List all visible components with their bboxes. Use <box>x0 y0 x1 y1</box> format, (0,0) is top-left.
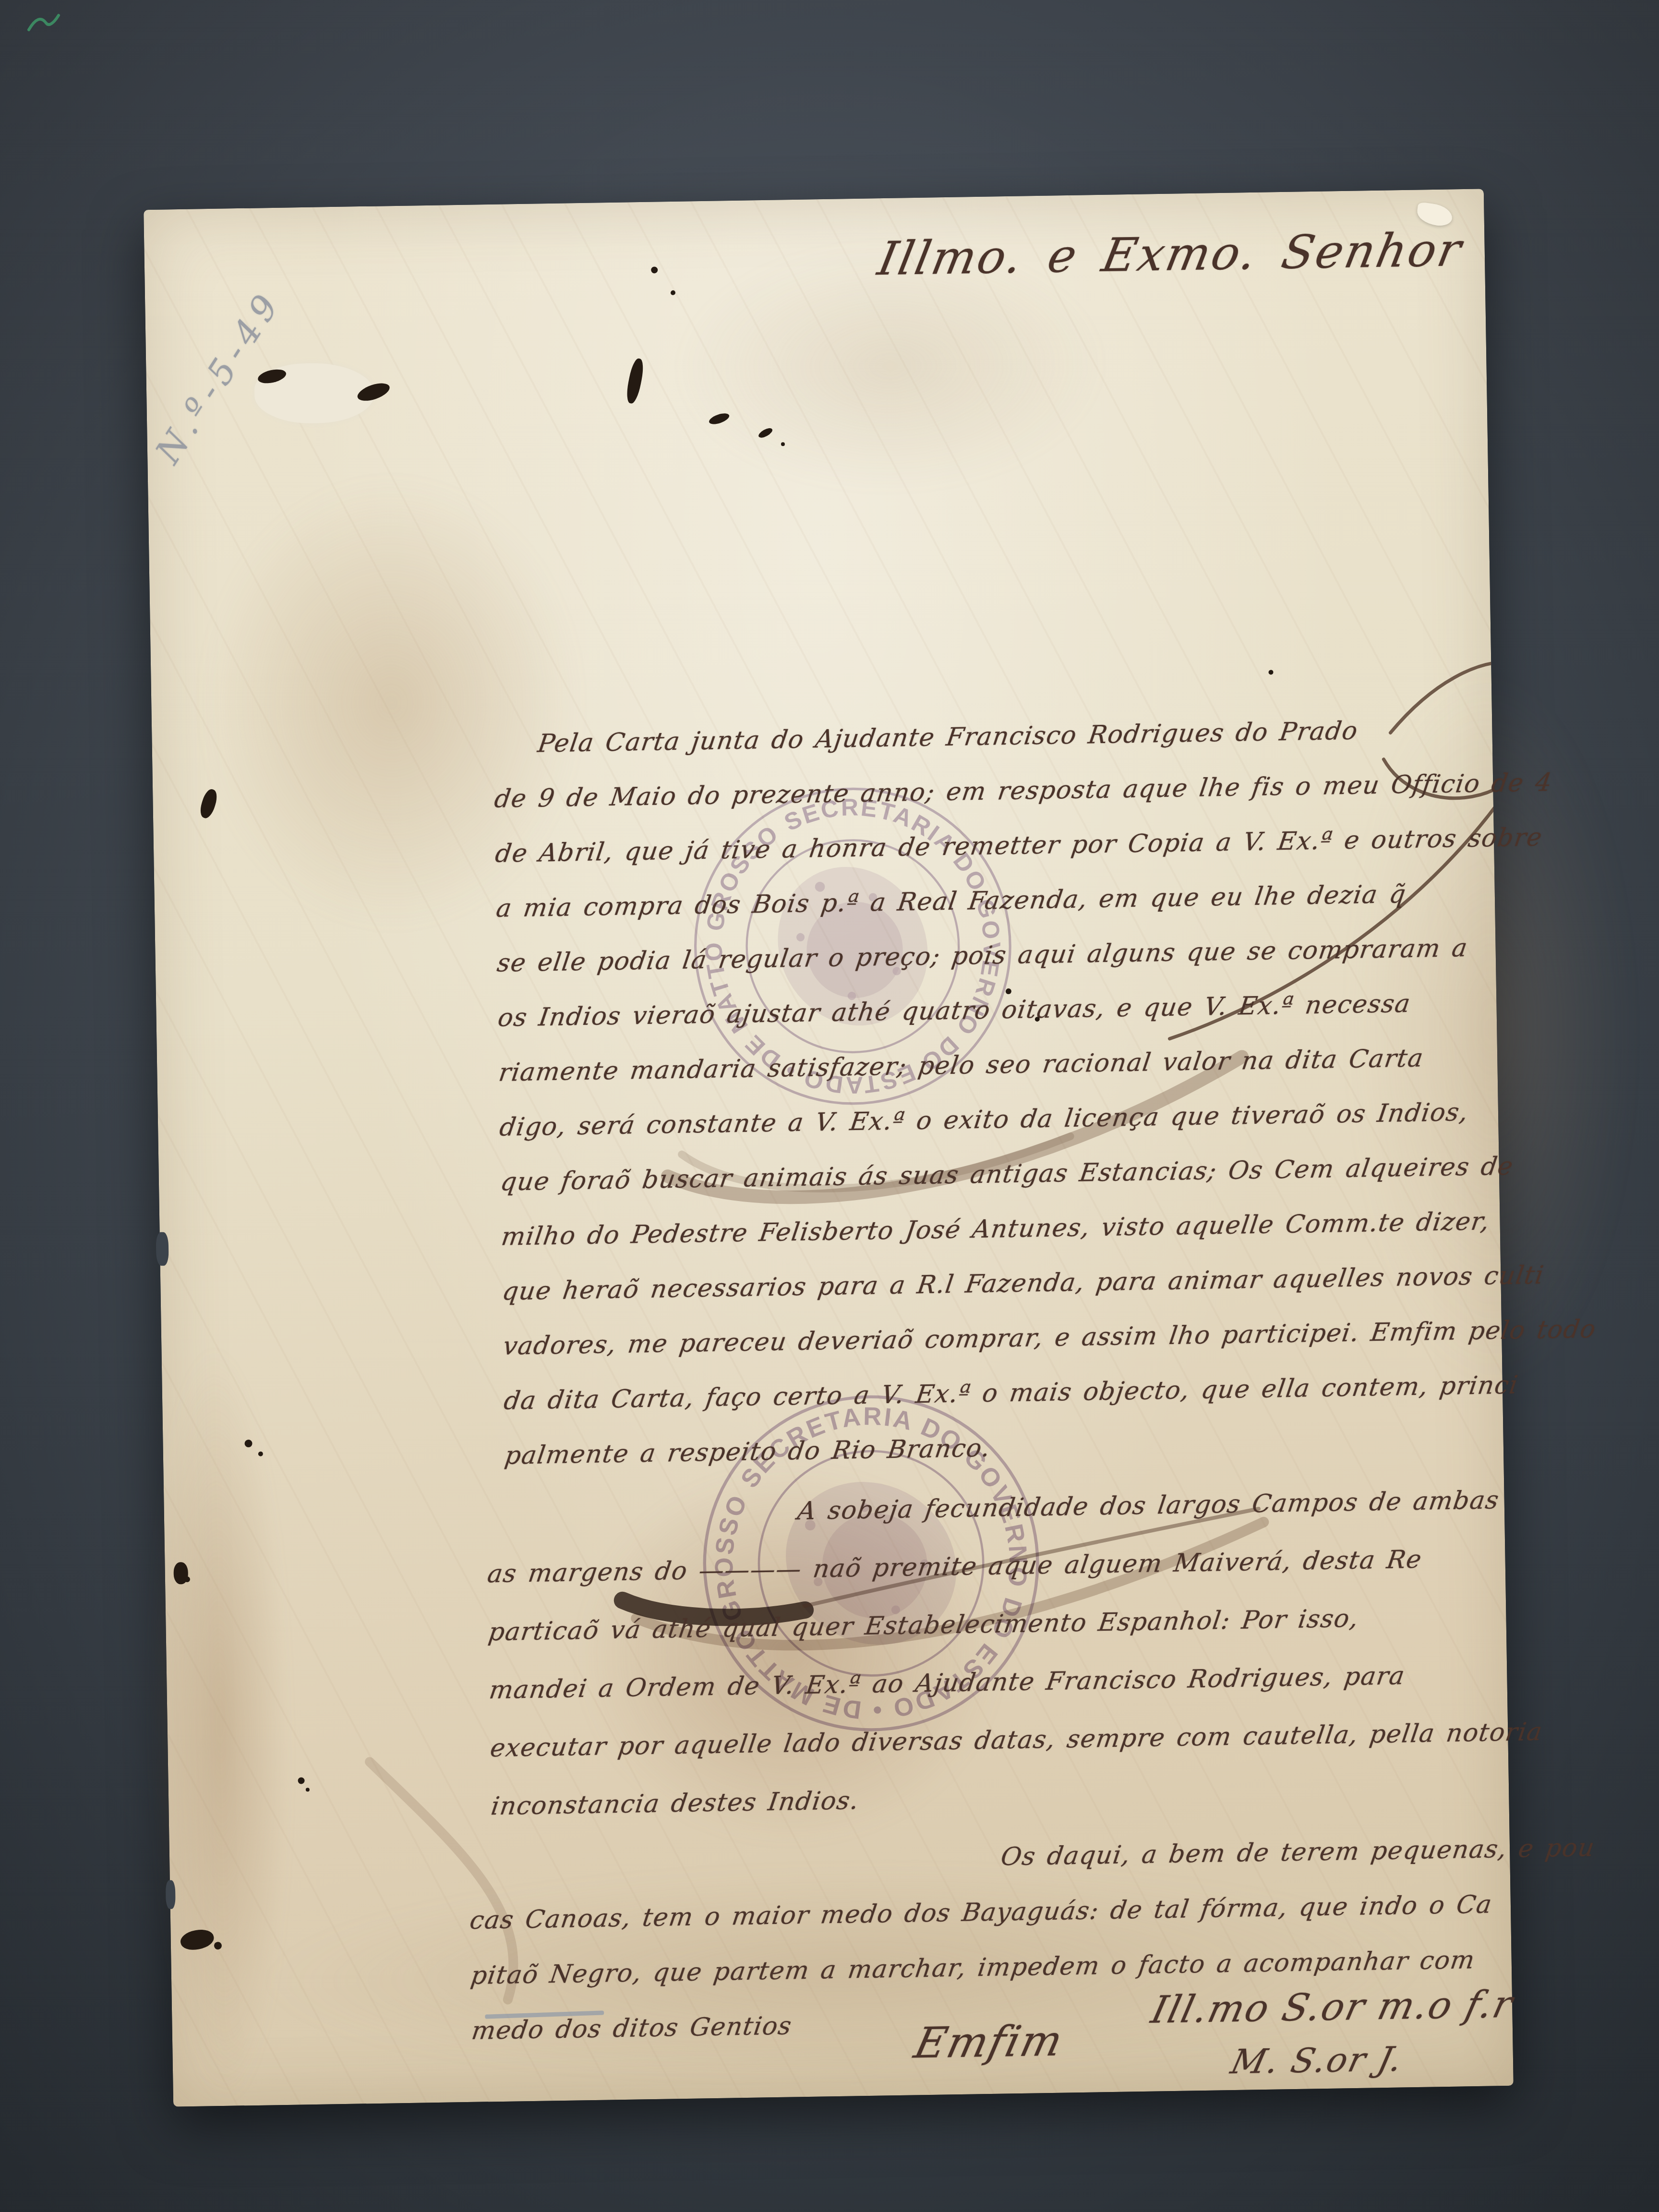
green-mark <box>25 9 68 42</box>
ink-blot <box>179 1927 216 1953</box>
paragraph-1: Pela Carta junta do Ajudante Francisco R… <box>493 700 1598 1483</box>
ink-blot <box>1035 1017 1040 1022</box>
paragraph-2: A sobeja fecundidade dos largos Campos d… <box>486 1471 1544 1836</box>
edge-chip <box>166 1880 176 1909</box>
closing-line-2: M. S.or J. <box>1227 2039 1407 2081</box>
photograph-backdrop: SECRETARIA DO GOVERNO DO ESTADO • DE MAT… <box>0 0 1659 2212</box>
closing-word: Emfim <box>910 2016 1069 2068</box>
ink-blot <box>198 787 219 819</box>
ink-blot <box>258 1452 263 1456</box>
edge-chip <box>156 1232 169 1266</box>
closing-line-1: Ill.mo S.or m.o f.r <box>1147 1983 1518 2032</box>
ink-blot <box>214 1942 222 1949</box>
ink-blot <box>757 426 774 440</box>
ink-blot <box>244 1440 252 1447</box>
ink-blot <box>651 266 658 273</box>
ink-blot <box>708 411 730 426</box>
ink-blot <box>306 1788 310 1791</box>
ink-blot <box>184 1576 190 1582</box>
ink-blot <box>781 442 785 446</box>
ink-drip <box>625 358 646 405</box>
manuscript-page: SECRETARIA DO GOVERNO DO ESTADO • DE MAT… <box>144 189 1514 2106</box>
salutation-line: Illmo. e Exmo. Senhor <box>874 223 1467 286</box>
ink-blot <box>298 1777 304 1784</box>
ink-blot <box>1268 670 1273 674</box>
edge-stain <box>147 1350 293 2101</box>
ink-blot <box>671 290 675 295</box>
